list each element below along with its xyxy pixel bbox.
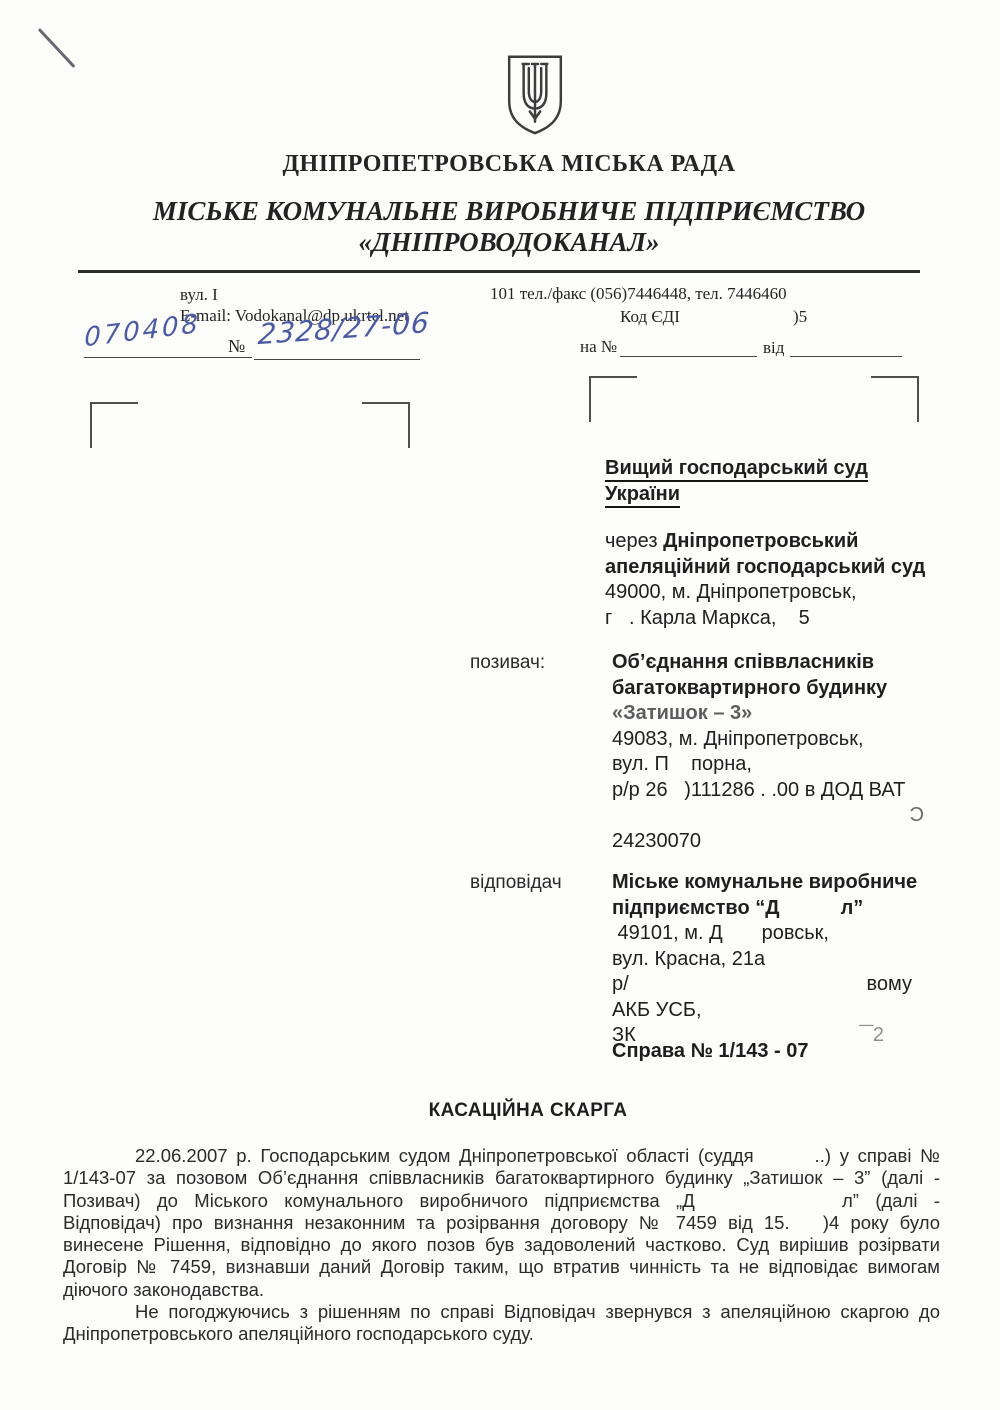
via-court-line1: через Дніпропетровський [605,529,945,555]
enterprise-name-line2: «ДНІПРОВОДОКАНАЛ» [9,227,1000,258]
erased-line-fragment: Ɔ [612,803,924,829]
address-window-bracket [362,402,410,448]
number-sign: № [228,336,245,357]
body-line: Договір № 7459, визнавши даний Договір т… [63,1256,940,1278]
plaintiff-street: вул. П порна, [612,752,944,778]
reply-to-label: на № [580,337,617,357]
body-line: діючого законодавства. [63,1279,940,1301]
plaintiff-account: р/р 26 )111286 . .00 в ДОД ВАТ [612,778,944,804]
body-line: 22.06.2007 р. Господарським судом Дніпро… [63,1145,940,1167]
enterprise-name-line1: МІСЬКЕ КОМУНАЛЬНЕ ВИРОБНИЧЕ ПІДПРИЄМСТВО [9,196,1000,227]
from-label: від [763,338,784,358]
plaintiff-name-line3: «Затишок – 3» [612,701,944,727]
defendant-name-line2: підприємство “Д л” [612,896,947,922]
defendant-account-line: р/ вому [612,972,912,998]
defendant-label: відповідач [470,872,562,894]
defendant-name-line1: Міське комунальне виробниче [612,870,947,896]
handwritten-date: 070408 [84,309,201,354]
phone-line: 101 тел./факс (056)7446448, тел. 7446460 [490,284,787,304]
body-line: винесене Рішення, відповідно до якого по… [63,1234,940,1256]
reply-to-underline [620,356,757,357]
addressee-court-line1: Вищий господарський суд [605,456,945,482]
plaintiff-block: Об’єднання співвласників багатоквартирно… [612,650,944,854]
trident-emblem-icon [503,53,567,144]
via-court-name2: апеляційний господарський суд [605,555,945,581]
date-underline [84,357,252,358]
body-line: 1/143-07 за позовом Об’єднання співвласн… [63,1167,940,1189]
body-line: Відповідач) про визнання незаконним та р… [63,1212,940,1234]
document-title: КАСАЦІЙНА СКАРГА [88,1100,968,1122]
pen-stroke-mark [38,28,76,68]
body-paragraph-2: Не погоджуючись з рішенням по справі Від… [63,1301,940,1346]
plaintiff-name-line2: багатоквартирного будинку [612,676,944,702]
via-court-name1: Дніпропетровський [663,530,858,552]
street-fragment: вул. І [180,285,218,305]
court-name-line2: України [605,483,680,508]
scanned-letter-page: ДНІПРОПЕТРОВСЬКА МІСЬКА РАДА МІСЬКЕ КОМУ… [0,0,1000,1410]
plaintiff-label: позивач: [470,652,545,674]
letterhead-divider [78,270,920,273]
address-window-bracket [871,376,919,422]
council-name: ДНІПРОПЕТРОВСЬКА МІСЬКА РАДА [9,151,1000,178]
defendant-street: вул. Красна, 21а [612,947,947,973]
via-prefix: через [605,530,663,552]
body-line: Дніпропетровського апеляційного господар… [63,1323,940,1345]
number-underline [254,359,420,360]
addressee-court-line2: України [605,482,945,508]
edrpou-label: Код ЄДІ [620,307,680,327]
plaintiff-name-line1: Об’єднання співвласників [612,650,944,676]
address-window-bracket [90,402,138,448]
body-line: Позивач) до Міського комунального виробн… [63,1190,940,1212]
addressee-city: 49000, м. Дніпропетровськ, [605,580,945,606]
account-prefix: р/ [612,972,629,998]
defendant-bank: АКБ УСБ, [612,998,947,1024]
plaintiff-city: 49083, м. Дніпропетровськ, [612,727,944,753]
defendant-city: 49101, м. Д ровськ, [612,921,947,947]
court-name-line1: Вищий господарський суд [605,457,868,482]
body-paragraph-1: 22.06.2007 р. Господарським судом Дніпро… [63,1145,940,1301]
spacer [605,507,945,529]
body-line: Не погоджуючись з рішенням по справі Від… [63,1301,940,1323]
account-tail: вому [867,972,913,998]
plaintiff-code: 24230070 [612,829,944,855]
addressee-street: г . Карла Маркса, 5 [605,606,945,632]
edrpou-tail: )5 [793,307,807,327]
address-window-bracket [589,376,637,422]
zk-erased-tail: ‾‾2 [860,1023,884,1049]
case-number: Справа № 1/143 - 07 [612,1040,809,1063]
addressee-block: Вищий господарський суд України через Дн… [605,456,945,631]
defendant-block: Міське комунальне виробниче підприємство… [612,870,947,1049]
from-underline [790,356,902,357]
